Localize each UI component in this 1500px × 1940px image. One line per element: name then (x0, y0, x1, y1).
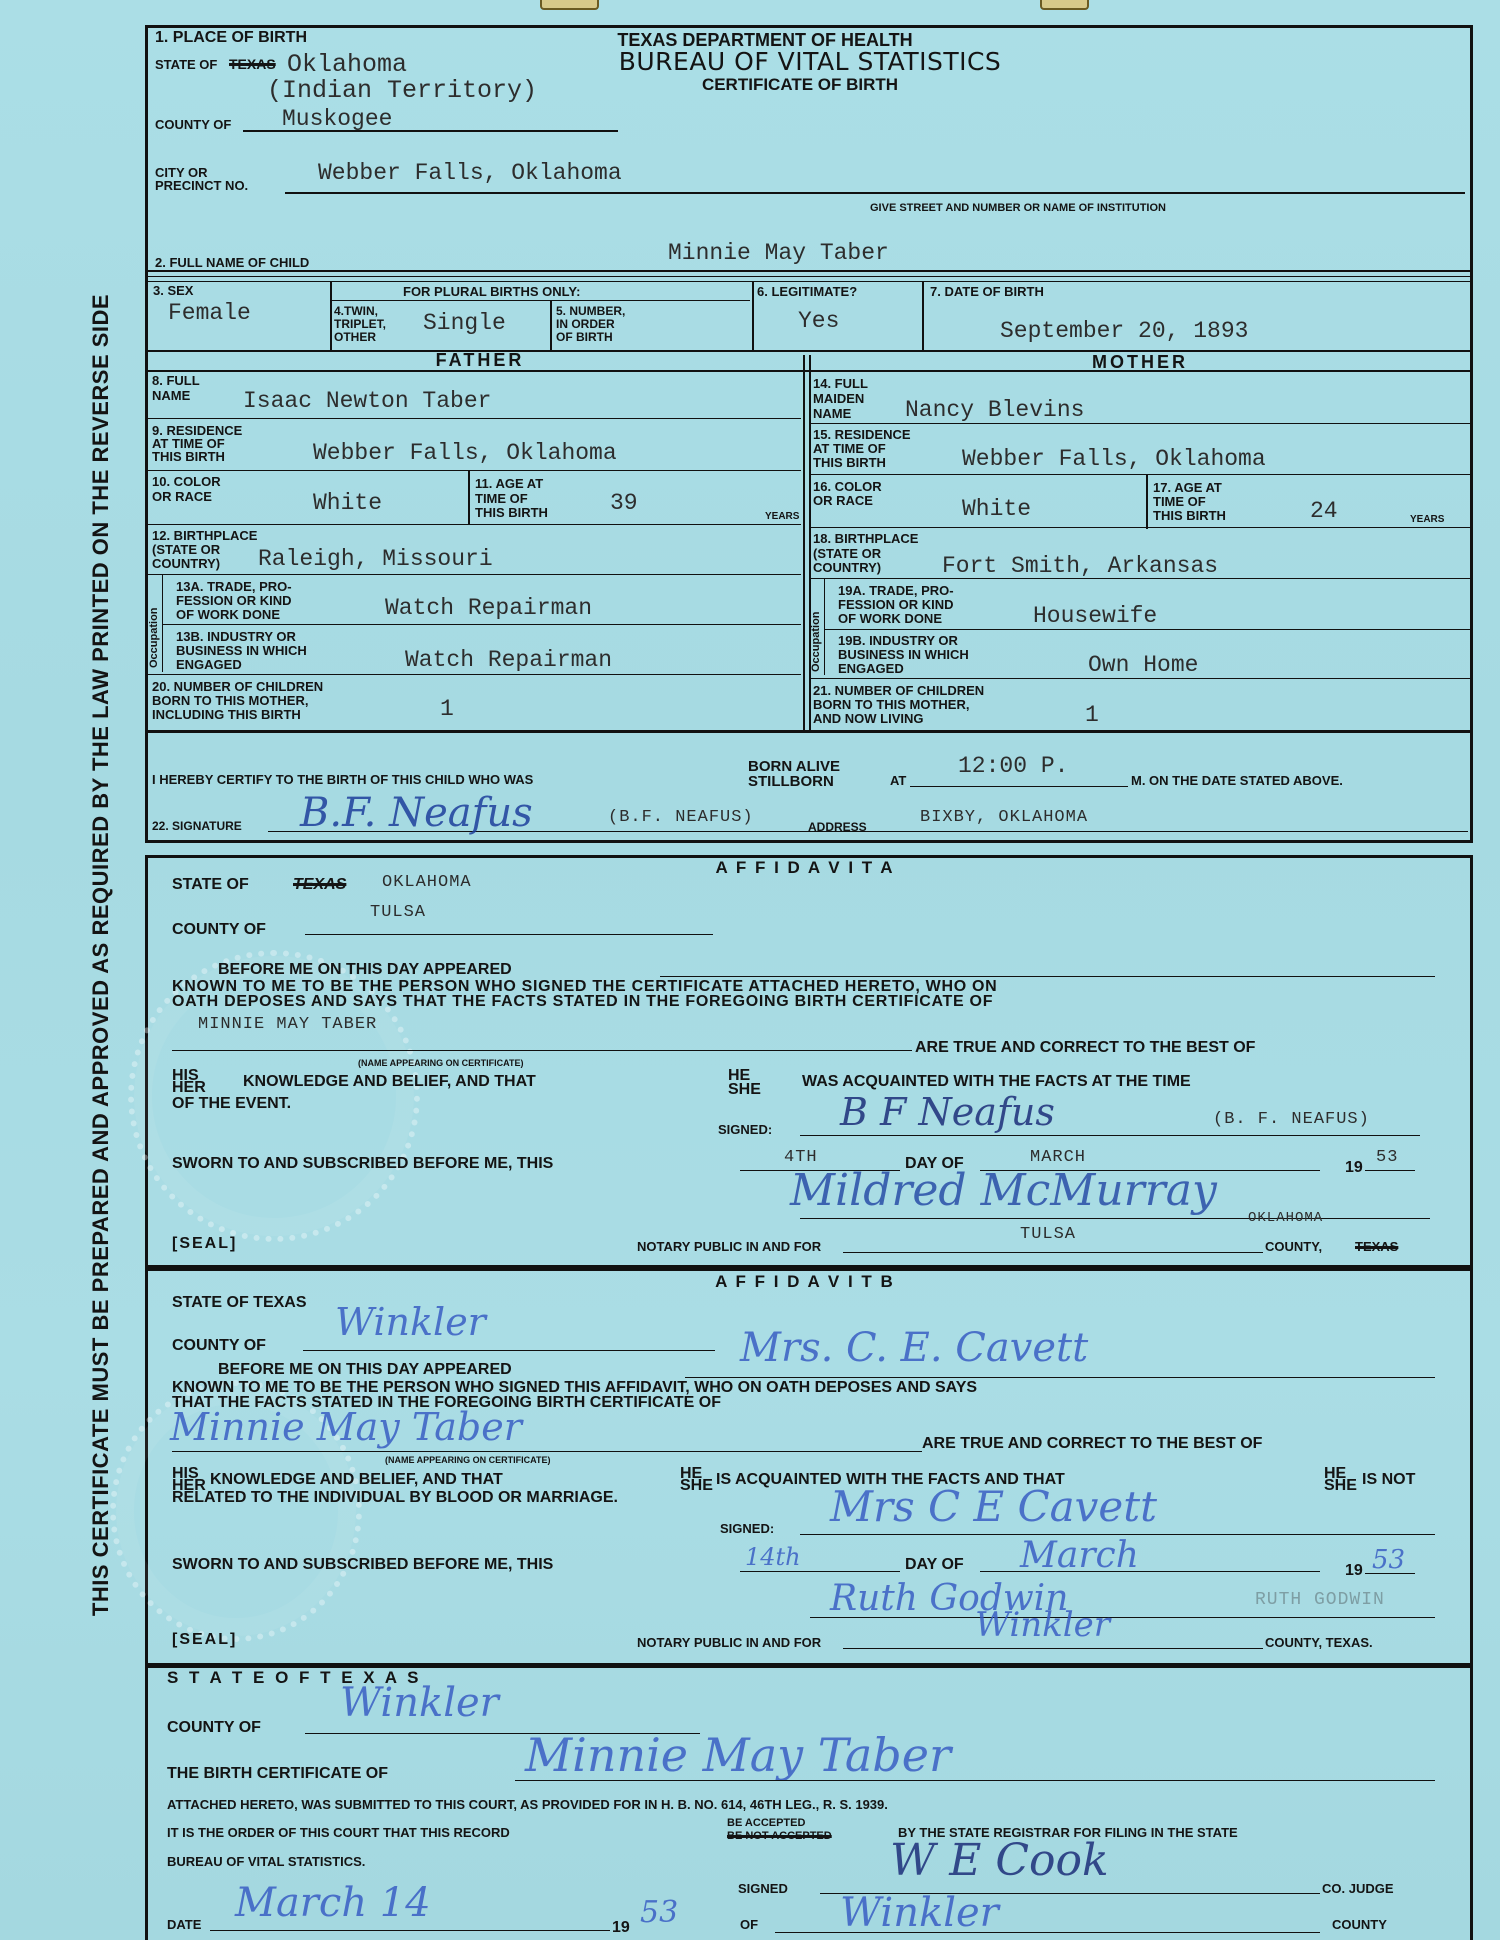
court-signed-label: SIGNED (738, 1882, 788, 1895)
affidavit-b-county-label: COUNTY OF (172, 1338, 266, 1354)
mother-age-label: 17. AGE AT (1153, 481, 1222, 494)
mother-residence-value: Webber Falls, Oklahoma (962, 446, 1266, 472)
divider (811, 474, 1471, 475)
divider (1146, 474, 1148, 529)
affidavit-b-state-label: STATE OF TEXAS (172, 1295, 307, 1311)
affidavit-b-notary-stamp: RUTH GODWIN (1255, 1590, 1385, 1610)
divider (330, 282, 332, 350)
dob-value: September 20, 1893 (1000, 318, 1248, 344)
father-trade-label: 13A. TRADE, PRO- (176, 580, 292, 593)
date-line (210, 1930, 610, 1931)
affidavit-a-county-label: COUNTY OF (172, 922, 266, 938)
legitimate-label: 6. LEGITIMATE? (757, 285, 857, 298)
father-race-label: OR RACE (152, 490, 212, 503)
sex-value: Female (168, 300, 251, 326)
affidavit-b-name-caption: (NAME APPEARING ON CERTIFICATE) (385, 1455, 551, 1465)
mother-residence-label: 15. RESIDENCE (813, 428, 911, 441)
address-label: ADDRESS (808, 821, 867, 834)
affidavit-b-month-value: March (1020, 1535, 1139, 1576)
name-line (172, 1451, 922, 1452)
father-children-label: BORN TO THIS MOTHER, (152, 694, 308, 707)
court-cert-label: THE BIRTH CERTIFICATE OF (167, 1766, 388, 1782)
mother-birthplace-value: Fort Smith, Arkansas (942, 553, 1218, 579)
year-line (1365, 1573, 1415, 1574)
appeared-line (685, 1377, 1435, 1378)
time-value: 12:00 P. (958, 753, 1068, 779)
affidavit-a-county-suffix: COUNTY, (1265, 1240, 1322, 1253)
state-note: (Indian Territory) (267, 76, 537, 105)
mother-industry-label: 19B. INDUSTRY OR (838, 634, 958, 647)
order-label-1: 5. NUMBER, (556, 305, 625, 317)
certify-text: I HEREBY CERTIFY TO THE BIRTH OF THIS CH… (152, 773, 533, 786)
divider (145, 470, 801, 471)
attendant-typed-name: (B.F. NEAFUS) (608, 808, 754, 827)
father-birthplace-value: Raleigh, Missouri (258, 546, 493, 572)
twin-value: Single (423, 310, 506, 336)
mother-birthplace-label: 18. BIRTHPLACE (813, 532, 918, 545)
notary-signature-line (810, 1617, 1435, 1618)
divider (330, 300, 750, 301)
signed-line (800, 1135, 1420, 1136)
affidavit-a-signed-label: SIGNED: (718, 1123, 772, 1136)
plural-births-header: FOR PLURAL BIRTHS ONLY: (403, 285, 580, 298)
affidavit-a-typed-name: (B. F. NEAFUS) (1213, 1110, 1370, 1129)
divider (811, 578, 1471, 579)
affidavit-a-notary-label: NOTARY PUBLIC IN AND FOR (637, 1240, 821, 1253)
affidavit-b-related: RELATED TO THE INDIVIDUAL BY BLOOD OR MA… (172, 1490, 618, 1506)
affidavit-a-seal-label: [SEAL] (172, 1236, 237, 1252)
affidavit-b-appeared-value: Mrs. C. E. Cavett (740, 1325, 1088, 1371)
affidavit-a-county-value: TULSA (370, 903, 426, 922)
mother-trade-value: Housewife (1033, 603, 1157, 629)
be-accepted-option: BE ACCEPTED (727, 1818, 805, 1828)
court-judge-label: CO. JUDGE (1322, 1882, 1394, 1895)
father-industry-value: Watch Repairman (405, 647, 612, 673)
father-age-value: 39 (610, 490, 638, 516)
mother-children-label: AND NOW LIVING (813, 712, 924, 725)
affidavit-a-state-label: STATE OF (172, 877, 249, 893)
affidavit-a-title: A F F I D A V I T A (640, 858, 970, 878)
child-name-value: Minnie May Taber (668, 240, 889, 266)
mother-age-label: THIS BIRTH (1153, 509, 1226, 522)
order-label-2: IN ORDER (556, 318, 615, 330)
father-header: FATHER (405, 350, 555, 371)
sex-label: 3. SEX (153, 284, 193, 297)
side-notice: THIS CERTIFICATE MUST BE PREPARED AND AP… (88, 90, 114, 1820)
court-body-2: IT IS THE ORDER OF THIS COURT THAT THIS … (167, 1826, 510, 1839)
affidavit-a-appeared-label: BEFORE ME ON THIS DAY APPEARED (218, 962, 512, 978)
divider (550, 300, 552, 350)
mother-industry-label: ENGAGED (838, 662, 904, 675)
father-name-label: 8. FULL (152, 374, 200, 387)
state-label: STATE OF (155, 58, 217, 71)
mother-race-value: White (962, 496, 1031, 522)
affidavit-a-state-struck: TEXAS (293, 877, 346, 893)
certify-suffix: M. ON THE DATE STATED ABOVE. (1131, 774, 1343, 787)
mother-age-label: TIME OF (1153, 495, 1206, 508)
form-title: CERTIFICATE OF BIRTH (610, 75, 990, 95)
affidavit-b-day-of-label: DAY OF (905, 1557, 964, 1573)
city-label-2: PRECINCT NO. (155, 179, 248, 192)
court-date-label: DATE (167, 1918, 201, 1931)
mother-residence-label: THIS BIRTH (813, 456, 886, 469)
county-line (303, 1350, 715, 1351)
affidavit-b-year-value: 53 (1372, 1545, 1405, 1575)
father-race-value: White (313, 490, 382, 516)
year-line (1365, 1170, 1415, 1171)
affidavit-a-name-value: MINNIE MAY TABER (198, 1015, 377, 1034)
court-county-label: COUNTY OF (167, 1720, 261, 1736)
affidavit-a-year-value: 53 (1376, 1148, 1398, 1167)
father-trade-value: Watch Repairman (385, 595, 592, 621)
staple-mark (1040, 0, 1089, 10)
divider (145, 281, 1470, 282)
divider (811, 527, 1471, 528)
notary-signature-line (800, 1218, 1430, 1219)
affidavit-a-body-2: OATH DEPOSES AND SAYS THAT THE FACTS STA… (172, 994, 993, 1010)
divider (922, 282, 924, 350)
born-alive-option: BORN ALIVE (748, 760, 840, 773)
mother-name-label: NAME (813, 407, 851, 420)
state-struck: TEXAS (229, 58, 276, 71)
father-occupation-side-label: Occupation (148, 607, 160, 668)
stillborn-option: STILLBORN (748, 775, 834, 788)
divider (145, 674, 801, 675)
affidavit-b-signature: Mrs C E Cavett (830, 1482, 1157, 1531)
she-option-2: SHE (1324, 1478, 1357, 1494)
attendant-signature: B.F. Neafus (300, 790, 533, 836)
affidavit-a-year-prefix: 19 (1345, 1160, 1363, 1176)
bureau-title: BUREAU OF VITAL STATISTICS (540, 47, 1080, 76)
father-birthplace-label: COUNTRY) (152, 557, 220, 570)
signature-label: 22. SIGNATURE (152, 820, 242, 833)
county-label: COUNTY OF (155, 118, 231, 131)
address-value: BIXBY, OKLAHOMA (920, 808, 1088, 827)
county-value: Muskogee (282, 106, 392, 132)
be-not-accepted-option: BE NOT ACCEPTED (727, 1831, 832, 1841)
father-name-label: NAME (152, 389, 190, 402)
court-of-value: Winkler (840, 1890, 999, 1936)
judge-signature: W E Cook (890, 1835, 1109, 1886)
affidavit-b-notary-county: Winkler (975, 1605, 1110, 1645)
divider (752, 282, 754, 350)
order-label-3: OF BIRTH (556, 331, 613, 343)
father-industry-label: ENGAGED (176, 658, 242, 671)
affidavit-a-knowledge: KNOWLEDGE AND BELIEF, AND THAT (243, 1074, 536, 1090)
mother-children-label: BORN TO THIS MOTHER, (813, 698, 969, 711)
staple-mark (540, 0, 599, 10)
divider (162, 624, 801, 625)
affidavit-b-knowledge: KNOWLEDGE AND BELIEF, AND THAT (210, 1472, 503, 1488)
affidavit-a-notary-signature: Mildred McMurray (790, 1165, 1217, 1216)
city-value: Webber Falls, Oklahoma (318, 160, 622, 186)
legitimate-value: Yes (798, 308, 839, 334)
time-line (910, 786, 1128, 787)
mother-name-label: 14. FULL (813, 377, 868, 390)
father-age-label: THIS BIRTH (475, 506, 548, 519)
mother-industry-value: Own Home (1088, 652, 1198, 678)
mother-years-label: YEARS (1410, 515, 1444, 525)
father-age-label: 11. AGE AT (475, 477, 543, 490)
father-children-label: INCLUDING THIS BIRTH (152, 708, 301, 721)
divider (145, 574, 801, 575)
divider (809, 355, 811, 730)
court-county-value: Winkler (340, 1680, 499, 1726)
divider (811, 423, 1471, 424)
father-years-label: YEARS (765, 512, 799, 522)
divider (145, 730, 1470, 733)
father-residence-label: THIS BIRTH (152, 450, 225, 463)
affidavit-a-state-struck-2: TEXAS (1355, 1240, 1398, 1253)
affidavit-b-day-value: 14th (745, 1543, 801, 1571)
affidavit-b-notary-label: NOTARY PUBLIC IN AND FOR (637, 1636, 821, 1649)
name-line (172, 1050, 912, 1051)
place-of-birth-label: 1. PLACE OF BIRTH (155, 30, 307, 46)
affidavit-a-name-caption: (NAME APPEARING ON CERTIFICATE) (358, 1058, 524, 1068)
affidavit-a-sworn-label: SWORN TO AND SUBSCRIBED BEFORE ME, THIS (172, 1156, 553, 1172)
cert-line (515, 1780, 1435, 1781)
divider (145, 418, 801, 419)
divider (824, 579, 825, 675)
affidavit-b-seal-label: [SEAL] (172, 1632, 237, 1648)
divider (803, 355, 805, 730)
affidavit-a-signature: B F Neafus (840, 1090, 1055, 1134)
affidavit-b-title: A F F I D A V I T B (640, 1272, 970, 1292)
mother-residence-label: AT TIME OF (813, 442, 886, 455)
divider (145, 370, 1470, 372)
affidavit-a-event: OF THE EVENT. (172, 1096, 291, 1112)
affidavit-b-year-prefix: 19 (1345, 1563, 1363, 1579)
father-birthplace-label: 12. BIRTHPLACE (152, 529, 257, 542)
divider (811, 678, 1471, 679)
twin-label-1: 4.TWIN, (334, 305, 378, 317)
father-race-label: 10. COLOR (152, 475, 221, 488)
mother-name-value: Nancy Blevins (905, 397, 1084, 423)
divider (824, 629, 1471, 630)
divider (145, 276, 1470, 277)
father-trade-label: OF WORK DONE (176, 608, 280, 621)
court-of-label: OF (740, 1918, 758, 1931)
father-children-label: 20. NUMBER OF CHILDREN (152, 680, 323, 693)
father-children-value: 1 (440, 696, 454, 722)
affidavit-b-not-label: IS NOT (1362, 1472, 1415, 1488)
affidavit-a-acquainted: WAS ACQUAINTED WITH THE FACTS AT THE TIM… (802, 1074, 1191, 1090)
court-body-4: BUREAU OF VITAL STATISTICS. (167, 1855, 365, 1868)
affidavit-a-true-label: ARE TRUE AND CORRECT TO THE BEST OF (915, 1040, 1255, 1056)
divider (145, 270, 1470, 272)
mother-trade-label: FESSION OR KIND (838, 598, 954, 611)
court-date-value: March 14 (235, 1880, 431, 1926)
she-option: SHE (728, 1082, 761, 1098)
mother-industry-label: BUSINESS IN WHICH (838, 648, 969, 661)
her-option: HER (172, 1080, 206, 1096)
affidavit-b-sworn-label: SWORN TO AND SUBSCRIBED BEFORE ME, THIS (172, 1557, 553, 1573)
court-year-prefix: 19 (612, 1920, 630, 1936)
affidavit-b-appeared-label: BEFORE ME ON THIS DAY APPEARED (218, 1362, 512, 1378)
notary-county-line (843, 1252, 1263, 1253)
affidavit-b-county-value: Winkler (335, 1300, 486, 1344)
father-name-value: Isaac Newton Taber (243, 388, 491, 414)
mother-age-value: 24 (1310, 498, 1338, 524)
mother-trade-label: 19A. TRADE, PRO- (838, 584, 954, 597)
mother-occupation-side-label: Occupation (810, 611, 822, 672)
mother-race-label: 16. COLOR (813, 480, 882, 493)
day-line (740, 1571, 900, 1572)
county-line (305, 934, 713, 935)
city-line (285, 192, 1465, 194)
affidavit-a-state-value: OKLAHOMA (382, 873, 472, 892)
mother-name-label: MAIDEN (813, 392, 864, 405)
father-industry-label: BUSINESS IN WHICH (176, 644, 307, 657)
affidavit-a-state-over: OKLAHOMA (1248, 1210, 1323, 1226)
of-line (775, 1932, 1320, 1933)
mother-trade-label: OF WORK DONE (838, 612, 942, 625)
she-option: SHE (680, 1478, 713, 1494)
month-line (980, 1571, 1320, 1572)
institution-hint: GIVE STREET AND NUMBER OR NAME OF INSTIT… (870, 203, 1166, 213)
court-body-1: ATTACHED HERETO, WAS SUBMITTED TO THIS C… (167, 1798, 888, 1811)
father-age-label: TIME OF (475, 492, 528, 505)
mother-children-value: 1 (1085, 702, 1099, 728)
twin-label-3: OTHER (334, 331, 376, 343)
state-value: Oklahoma (287, 50, 407, 79)
father-industry-label: 13B. INDUSTRY OR (176, 630, 296, 643)
mother-children-label: 21. NUMBER OF CHILDREN (813, 684, 984, 697)
birth-certificate-page: THIS CERTIFICATE MUST BE PREPARED AND AP… (0, 0, 1500, 1940)
at-label: AT (890, 774, 906, 787)
affidavit-b-county-suffix: COUNTY, TEXAS. (1265, 1636, 1373, 1649)
court-county-suffix: COUNTY (1332, 1918, 1387, 1931)
court-year-value: 53 (640, 1895, 678, 1930)
mother-birthplace-label: COUNTRY) (813, 561, 881, 574)
affidavit-a-notary-county: TULSA (1020, 1225, 1076, 1244)
father-birthplace-label: (STATE OR (152, 543, 220, 556)
divider (145, 350, 1470, 352)
notary-county-line (843, 1648, 1263, 1649)
affidavit-b-signed-label: SIGNED: (720, 1522, 774, 1535)
divider (468, 470, 470, 525)
father-trade-label: FESSION OR KIND (176, 594, 292, 607)
father-residence-value: Webber Falls, Oklahoma (313, 440, 617, 466)
appeared-line (660, 976, 1435, 977)
mother-birthplace-label: (STATE OR (813, 547, 881, 560)
child-name-label: 2. FULL NAME OF CHILD (155, 256, 309, 269)
dob-label: 7. DATE OF BIRTH (930, 285, 1044, 298)
affidavit-b-true-label: ARE TRUE AND CORRECT TO THE BEST OF (922, 1436, 1262, 1452)
divider (145, 524, 801, 525)
twin-label-2: TRIPLET, (334, 318, 386, 330)
mother-race-label: OR RACE (813, 494, 873, 507)
affidavit-b-name-value: Minnie May Taber (170, 1405, 522, 1449)
court-cert-value: Minnie May Taber (525, 1728, 951, 1782)
